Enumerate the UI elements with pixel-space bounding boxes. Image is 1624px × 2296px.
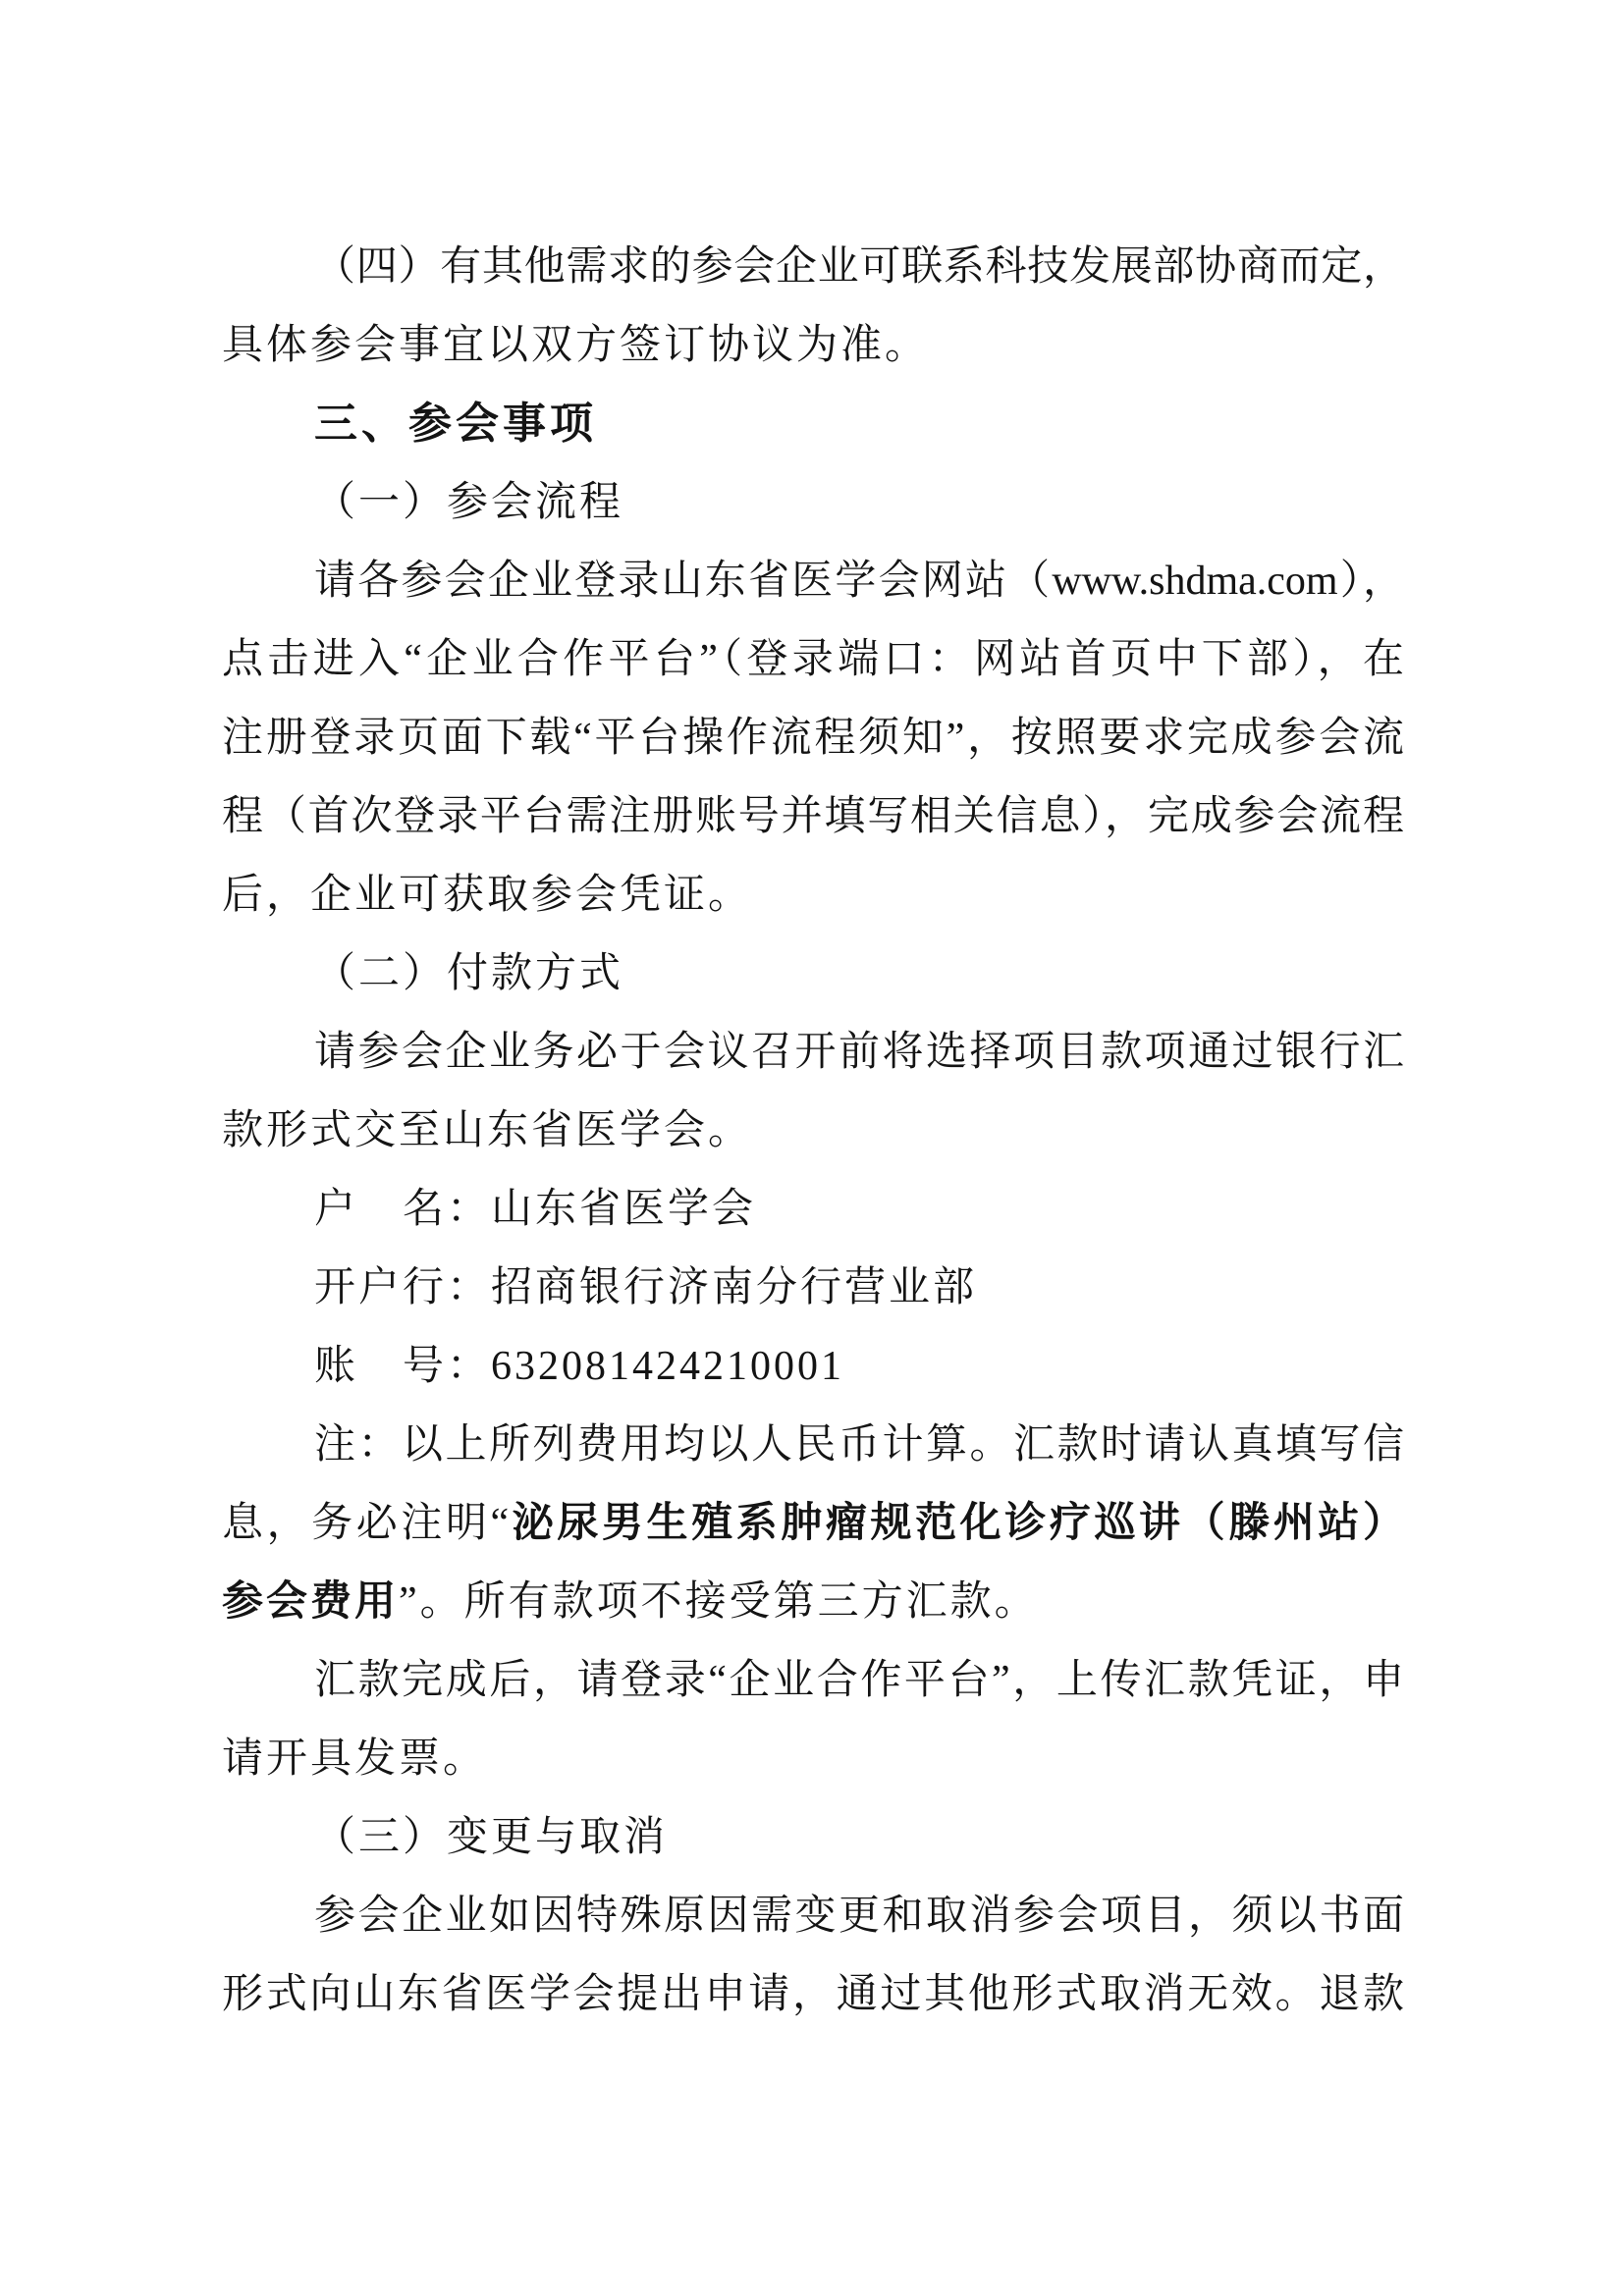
text-segment: 请各参会企业登录山东省医学会网站（www.shdma.com）， — [314, 559, 1404, 604]
document-body: （四）有其他需求的参会企业可联系科技发展部协商而定，具体参会事宜以双方签订协议为… — [222, 228, 1404, 2034]
document-page: （四）有其他需求的参会企业可联系科技发展部协商而定，具体参会事宜以双方签订协议为… — [0, 0, 1624, 2296]
text-line: 汇款完成后，请登录“企业合作平台”，上传汇款凭证，申 — [222, 1641, 1404, 1720]
text-segment: 程（首次登录平台需注册账号并填写相关信息），完成参会流程 — [222, 794, 1404, 839]
emphasized-text: 三、参会事项 — [314, 400, 597, 448]
text-segment: 户 名：山东省医学会 — [314, 1187, 756, 1232]
text-segment: ”。所有款项不接受第三方汇款。 — [399, 1579, 1039, 1625]
text-segment: 开户行：招商银行济南分行营业部 — [314, 1265, 977, 1310]
text-segment: 参会企业如因特殊原因需变更和取消参会项目，须以书面 — [314, 1894, 1404, 1939]
text-line: 息，务必注明“泌尿男生殖系肿瘤规范化诊疗巡讲（滕州站） — [222, 1484, 1404, 1563]
text-segment: 注：以上所列费用均以人民币计算。汇款时请认真填写信 — [314, 1422, 1404, 1468]
text-line: 户 名：山东省医学会 — [222, 1170, 1404, 1249]
text-line: （四）有其他需求的参会企业可联系科技发展部协商而定， — [222, 228, 1404, 306]
text-line: 具体参会事宜以双方签订协议为准。 — [222, 306, 1404, 385]
text-segment: 后，企业可获取参会凭证。 — [222, 873, 752, 918]
text-line: （三）变更与取消 — [222, 1798, 1404, 1877]
text-line: （一）参会流程 — [222, 463, 1404, 542]
text-line: 注册登录页面下载“平台操作流程须知”，按照要求完成参会流 — [222, 699, 1404, 777]
text-segment: 汇款完成后，请登录“企业合作平台”，上传汇款凭证，申 — [314, 1658, 1404, 1703]
text-line: 程（首次登录平台需注册账号并填写相关信息），完成参会流程 — [222, 777, 1404, 856]
text-segment: 款形式交至山东省医学会。 — [222, 1108, 752, 1153]
text-segment: 请参会企业务必于会议召开前将选择项目款项通过银行汇 — [314, 1030, 1404, 1075]
text-segment: 请开具发票。 — [222, 1736, 487, 1782]
text-line: 参会费用”。所有款项不接受第三方汇款。 — [222, 1563, 1404, 1641]
text-segment: （二）付款方式 — [314, 951, 623, 996]
text-line: 开户行：招商银行济南分行营业部 — [222, 1249, 1404, 1327]
text-segment: 点击进入“企业合作平台”（登录端口：网站首页中下部），在 — [222, 637, 1404, 682]
text-line: 形式向山东省医学会提出申请，通过其他形式取消无效。退款 — [222, 1955, 1404, 2034]
text-segment: （一）参会流程 — [314, 480, 623, 525]
text-line: 后，企业可获取参会凭证。 — [222, 856, 1404, 934]
text-line: 参会企业如因特殊原因需变更和取消参会项目，须以书面 — [222, 1877, 1404, 1955]
text-line: 款形式交至山东省医学会。 — [222, 1092, 1404, 1170]
text-segment: 息，务必注明“ — [222, 1501, 509, 1546]
emphasized-text: 泌尿男生殖系肿瘤规范化诊疗巡讲（滕州站） — [509, 1501, 1404, 1546]
text-segment: 形式向山东省医学会提出申请，通过其他形式取消无效。退款 — [222, 1972, 1404, 2017]
text-segment: 账 号：632081424210001 — [314, 1344, 844, 1389]
text-line: （二）付款方式 — [222, 934, 1404, 1013]
text-line: 注：以上所列费用均以人民币计算。汇款时请认真填写信 — [222, 1406, 1404, 1484]
text-line: 账 号：632081424210001 — [222, 1327, 1404, 1406]
text-line: 请开具发票。 — [222, 1720, 1404, 1798]
text-segment: 注册登录页面下载“平台操作流程须知”，按照要求完成参会流 — [222, 716, 1404, 761]
section-heading: 三、参会事项 — [222, 385, 1404, 463]
text-segment: （四）有其他需求的参会企业可联系科技发展部协商而定， — [314, 244, 1404, 290]
emphasized-text: 参会费用 — [222, 1579, 399, 1625]
text-segment: （三）变更与取消 — [314, 1815, 668, 1860]
text-segment: 具体参会事宜以双方签订协议为准。 — [222, 323, 929, 368]
text-line: 请各参会企业登录山东省医学会网站（www.shdma.com）， — [222, 542, 1404, 620]
text-line: 请参会企业务必于会议召开前将选择项目款项通过银行汇 — [222, 1013, 1404, 1092]
text-line: 点击进入“企业合作平台”（登录端口：网站首页中下部），在 — [222, 620, 1404, 699]
